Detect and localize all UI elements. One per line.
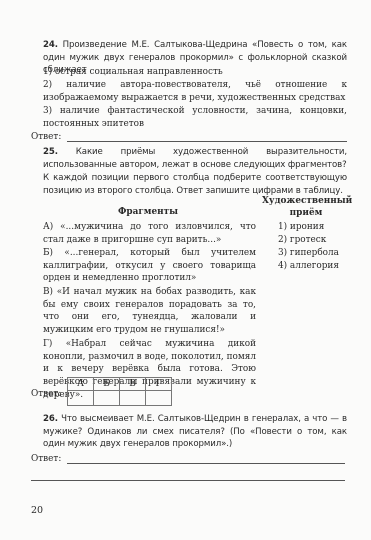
answer-label: Ответ: — [31, 131, 61, 144]
q24-option-1: 1) острая социальная направленность — [43, 66, 347, 79]
device-4: 4) аллегория — [278, 260, 339, 273]
question-25-instruction: К каждой позиции первого столбца подбери… — [43, 172, 347, 197]
device-3: 3) гипербола — [278, 247, 339, 260]
q24-option-3: 3) наличие фантастической условности, за… — [43, 105, 347, 130]
question-number: 26. — [43, 414, 58, 424]
column-header-devices: Художественный приём — [262, 196, 350, 219]
answer-cell-b[interactable] — [94, 391, 120, 406]
device-1: 1) ирония — [278, 221, 324, 234]
header-b: Б — [94, 378, 120, 391]
question-number: 25. — [43, 147, 58, 157]
header-g: Г — [146, 378, 172, 391]
answer-line-26-2[interactable] — [31, 480, 345, 481]
answer-label: Ответ: — [31, 453, 61, 466]
fragment-v: В) «И начал мужик на бобах разводить, ка… — [43, 286, 256, 337]
answer-line-24[interactable] — [67, 141, 347, 142]
q24-option-2: 2) наличие автора-повествователя, чьё от… — [43, 79, 347, 104]
answer-cell-g[interactable] — [146, 391, 172, 406]
answer-line-26-1[interactable] — [67, 463, 345, 464]
header-a: А — [68, 378, 94, 391]
device-2: 2) гротеск — [278, 234, 326, 247]
answer-cell-a[interactable] — [68, 391, 94, 406]
question-text: Что высмеивает М.Е. Салтыков-Щедрин в ге… — [43, 414, 347, 449]
question-text: Какие приёмы художественной выразительно… — [43, 147, 347, 170]
answer-cell-v[interactable] — [120, 391, 146, 406]
answer-label: Ответ: — [31, 388, 61, 401]
fragment-b: Б) «...генерал, который был учителем кал… — [43, 247, 256, 285]
question-25: 25. Какие приёмы художественной выразите… — [43, 146, 347, 171]
column-header-fragments: Фрагменты — [43, 206, 253, 219]
question-26: 26. Что высмеивает М.Е. Салтыков-Щедрин … — [43, 413, 347, 451]
page-number: 20 — [31, 505, 43, 518]
question-number: 24. — [43, 40, 58, 50]
header-v: В — [120, 378, 146, 391]
fragment-a: А) «...мужичина до того изловчился, что … — [43, 221, 256, 246]
answer-table-25: А Б В Г — [67, 377, 172, 406]
